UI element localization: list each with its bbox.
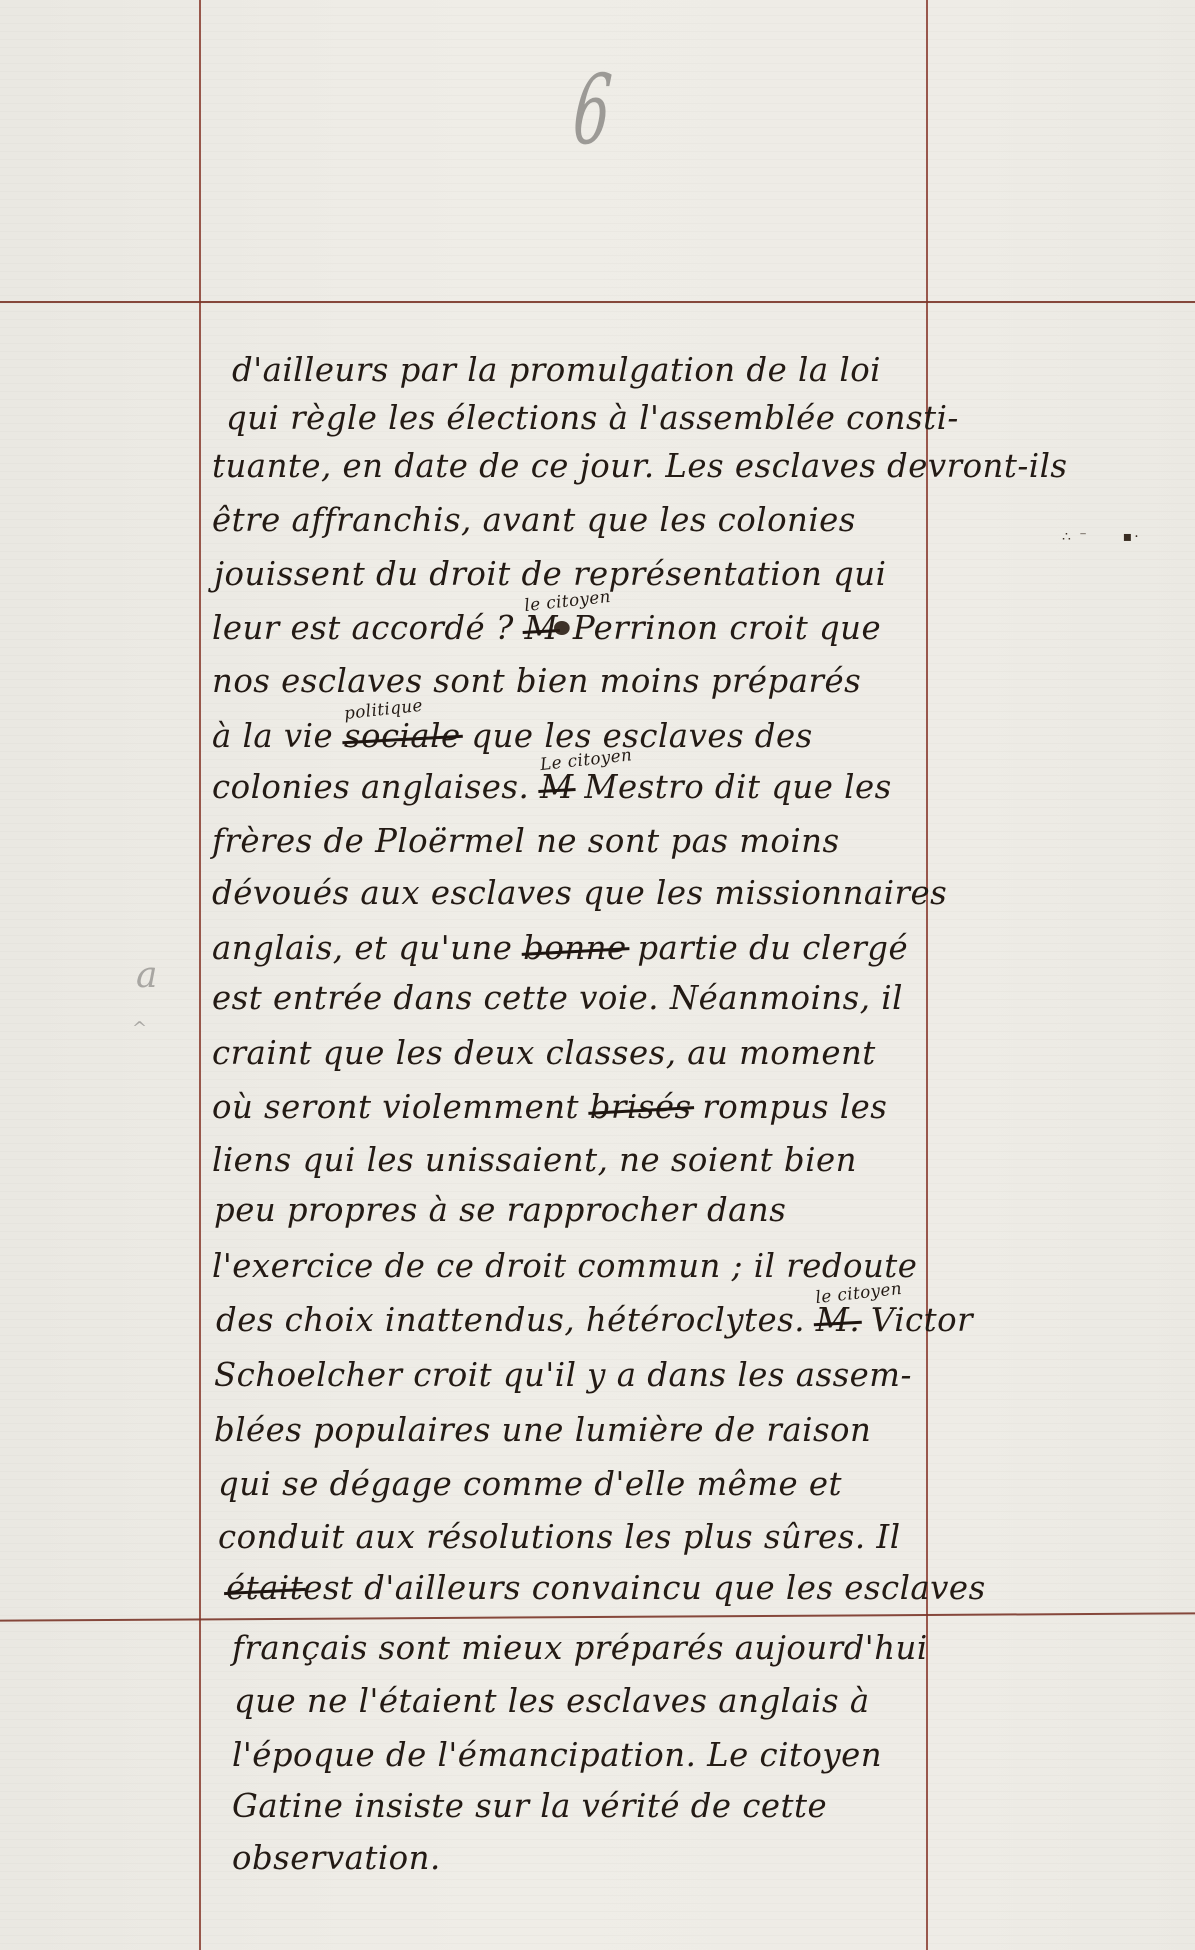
struck-text: M bbox=[540, 767, 574, 807]
text-line: étaitest d'ailleurs convaincu que les es… bbox=[226, 1568, 986, 1608]
text-line: qui règle les élections à l'assemblée co… bbox=[226, 398, 959, 438]
text-line: l'exercice de ce droit commun ; il redou… bbox=[212, 1246, 917, 1286]
text-line: colonies anglaises. Le citoyenM Mestro d… bbox=[212, 767, 892, 807]
text-line: tuante, en date de ce jour. Les esclaves… bbox=[212, 446, 1068, 486]
text-line: liens qui les unissaient, ne soient bien bbox=[212, 1140, 857, 1180]
text-line: craint que les deux classes, au moment bbox=[212, 1033, 876, 1073]
text-line: anglais, et qu'une bonne partie du clerg… bbox=[212, 928, 908, 968]
text-line: où seront violemment brisés rompus les bbox=[212, 1087, 887, 1127]
bottom-horizontal-rule bbox=[0, 1612, 1195, 1621]
text-line: qui se dégage comme d'elle même et bbox=[218, 1464, 842, 1504]
text-line: leur est accordé ? le citoyenM Perrinon … bbox=[212, 608, 881, 648]
text-line: blées populaires une lumière de raison bbox=[214, 1410, 871, 1450]
struck-text: M. bbox=[816, 1300, 860, 1340]
struck-text: sociale bbox=[344, 716, 461, 756]
margin-pencil-mark: a bbox=[136, 958, 157, 994]
text-line: nos esclaves sont bien moins préparés bbox=[212, 661, 861, 701]
text-line: que ne l'étaient les esclaves anglais à bbox=[234, 1681, 870, 1721]
text-line: dévoués aux esclaves que les missionnair… bbox=[212, 873, 947, 913]
text-line: à la vie politiquesociale que les esclav… bbox=[212, 716, 813, 756]
struck-text: était bbox=[226, 1568, 303, 1608]
ink-specks: ∴ ⁻▪· bbox=[1062, 530, 1141, 544]
text-line: d'ailleurs par la promulgation de la loi bbox=[232, 350, 881, 390]
manuscript-page: 6 a ^ ∴ ⁻▪· d'ailleurs par la promulgati… bbox=[0, 0, 1195, 1950]
text-line: conduit aux résolutions les plus sûres. … bbox=[218, 1517, 901, 1557]
text-line: est entrée dans cette voie. Néanmoins, i… bbox=[212, 978, 903, 1018]
margin-caret-mark: ^ bbox=[132, 1020, 147, 1038]
interlinear-correction: le citoyenM bbox=[525, 608, 559, 648]
struck-text: bonne bbox=[523, 928, 626, 968]
text-line: peu propres à se rapprocher dans bbox=[214, 1190, 786, 1230]
text-line: l'époque de l'émancipation. Le citoyen bbox=[232, 1735, 882, 1775]
text-line: frères de Ploërmel ne sont pas moins bbox=[212, 821, 840, 861]
page-number: 6 bbox=[570, 62, 615, 158]
struck-text: brisés bbox=[590, 1087, 692, 1127]
text-line: des choix inattendus, hétéroclytes. le c… bbox=[216, 1300, 973, 1340]
struck-text: M bbox=[525, 608, 559, 648]
text-line: français sont mieux préparés aujourd'hui bbox=[232, 1628, 928, 1668]
text-line: Gatine insiste sur la vérité de cette bbox=[232, 1786, 827, 1826]
left-margin-rule bbox=[199, 0, 201, 1950]
text-line: Schoelcher croit qu'il y a dans les asse… bbox=[214, 1355, 912, 1395]
interlinear-correction: politiquesociale bbox=[344, 716, 461, 756]
text-line: observation. bbox=[232, 1838, 441, 1878]
interlinear-correction: le citoyenM. bbox=[816, 1300, 860, 1340]
text-line: être affranchis, avant que les colonies bbox=[212, 500, 856, 540]
top-horizontal-rule bbox=[0, 301, 1195, 303]
interlinear-correction: Le citoyenM bbox=[540, 767, 574, 807]
